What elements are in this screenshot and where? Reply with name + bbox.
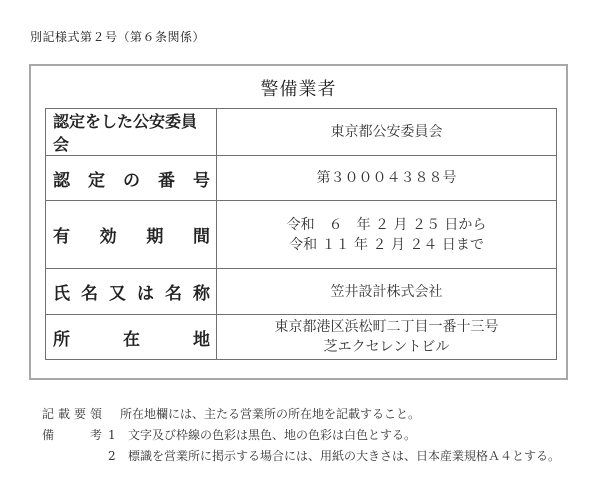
period-start: 令和 ６ 年 ２ 月 ２５ 日から	[217, 215, 556, 235]
value-certifying-commission: 東京都公安委員会	[217, 109, 557, 156]
row-name: 氏 名 又 は 名 称 笠井設計株式会社	[46, 269, 557, 315]
sign-title: 警備業者	[29, 75, 568, 101]
label-cell: 氏 名 又 は 名 称	[46, 269, 217, 315]
value-address: 東京都港区浜松町二丁目一番十三号 芝エクセレントビル	[217, 315, 557, 360]
label-certification-number: 認 定 の 番 号	[46, 166, 216, 191]
remark-text: 標識を営業所に掲示する場合には、用紙の大きさは、日本産業規格Ａ４とする。	[128, 446, 560, 467]
remarks-label: 備 考	[42, 425, 102, 446]
label-char: 称	[193, 279, 210, 304]
value-certification-number: 第３０００４３８８号	[217, 156, 557, 201]
value-name: 笠井設計株式会社	[217, 269, 557, 315]
value-validity-period: 令和 ６ 年 ２ 月 ２５ 日から 令和 １１ 年 ２ 月 ２４ 日まで	[217, 201, 557, 269]
label-char: 要	[74, 404, 86, 425]
label-validity-period: 有 効 期 間	[46, 222, 216, 247]
label-char: 期	[146, 222, 163, 247]
entry-guide-label: 記 載 要 領	[42, 404, 102, 425]
row-address: 所 在 地 東京都港区浜松町二丁目一番十三号 芝エクセレントビル	[46, 315, 557, 360]
label-char: は	[137, 279, 154, 304]
label-char: 地	[193, 325, 210, 350]
row-certification-number: 認 定 の 番 号 第３０００４３８８号	[46, 156, 557, 201]
label-char: 定	[88, 166, 105, 191]
row-certifying-commission: 認定をした公安委員会 東京都公安委員会	[46, 109, 557, 156]
form-id-heading: 別記様式第２号（第６条関係）	[30, 28, 205, 45]
label-char: 番	[158, 166, 175, 191]
label-certifying-commission: 認定をした公安委員会	[46, 109, 216, 155]
remark-text: 文字及び枠線の色彩は黒色、地の色彩は白色とする。	[128, 425, 416, 446]
label-char: 名	[165, 279, 182, 304]
sign-table: 認定をした公安委員会 東京都公安委員会 認 定 の 番 号 第３０００４３８８号…	[45, 108, 557, 360]
label-cell: 有 効 期 間	[46, 201, 217, 269]
label-char: 記	[42, 404, 54, 425]
label-char: 効	[100, 222, 117, 247]
label-char: 領	[90, 404, 102, 425]
remark-number: 2	[108, 446, 116, 467]
label-address: 所 在 地	[46, 325, 216, 350]
entry-guide-text: 所在地欄には、主たる営業所の所在地を記載すること。	[120, 404, 420, 425]
label-char: 氏	[53, 279, 70, 304]
label-char: 備	[42, 425, 54, 446]
label-cell: 認 定 の 番 号	[46, 156, 217, 201]
label-char: 載	[58, 404, 70, 425]
label-char: 考	[90, 425, 102, 446]
label-char: 又	[109, 279, 126, 304]
row-validity-period: 有 効 期 間 令和 ６ 年 ２ 月 ２５ 日から 令和 １１ 年 ２ 月 ２４…	[46, 201, 557, 269]
label-name: 氏 名 又 は 名 称	[46, 279, 216, 304]
label-char: 有	[53, 222, 70, 247]
remark-number: 1	[108, 425, 116, 446]
label-char: 所	[53, 325, 70, 350]
address-line-2: 芝エクセレントビル	[217, 337, 556, 357]
label-char: 間	[193, 222, 210, 247]
label-char: の	[123, 166, 140, 191]
label-char: 在	[123, 325, 140, 350]
label-cell: 認定をした公安委員会	[46, 109, 217, 156]
label-cell: 所 在 地	[46, 315, 217, 360]
label-char: 名	[81, 279, 98, 304]
label-char: 号	[193, 166, 210, 191]
period-end: 令和 １１ 年 ２ 月 ２４ 日まで	[217, 235, 556, 255]
address-line-1: 東京都港区浜松町二丁目一番十三号	[217, 317, 556, 337]
label-char: 認	[53, 166, 70, 191]
